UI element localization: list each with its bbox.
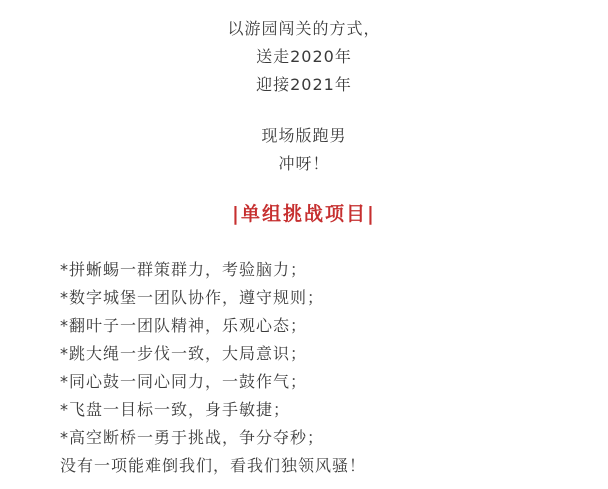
intro-line: 送走2020年 (0, 43, 608, 71)
subtitle-paragraph: 现场版跑男 冲呀！ (0, 122, 608, 178)
challenge-item: *跳大绳一步伐一致，大局意识； (60, 340, 608, 368)
section-heading: |单组挑战项目| (0, 199, 608, 229)
intro-line: 以游园闯关的方式， (0, 15, 608, 43)
subtitle-line: 现场版跑男 (0, 122, 608, 150)
challenge-item: *高空断桥一勇于挑战，争分夺秒； (60, 424, 608, 452)
intro-paragraph: 以游园闯关的方式， 送走2020年 迎接2021年 (0, 15, 608, 99)
challenge-item: *飞盘一目标一致，身手敏捷； (60, 396, 608, 424)
subtitle-line: 冲呀！ (0, 150, 608, 178)
challenge-item: *翻叶子一团队精神，乐观心态； (60, 312, 608, 340)
challenge-item: *拼蜥蜴一群策群力，考验脑力； (60, 256, 608, 284)
challenge-item: *数字城堡一团队协作，遵守规则； (60, 284, 608, 312)
article-page: 以游园闯关的方式， 送走2020年 迎接2021年 现场版跑男 冲呀！ |单组挑… (0, 0, 608, 489)
closing-line: 没有一项能难倒我们，看我们独领风骚！ (60, 452, 608, 480)
intro-line: 迎接2021年 (0, 71, 608, 99)
challenge-item: *同心鼓一同心同力，一鼓作气； (60, 368, 608, 396)
challenge-list: *拼蜥蜴一群策群力，考验脑力； *数字城堡一团队协作，遵守规则； *翻叶子一团队… (0, 256, 608, 480)
